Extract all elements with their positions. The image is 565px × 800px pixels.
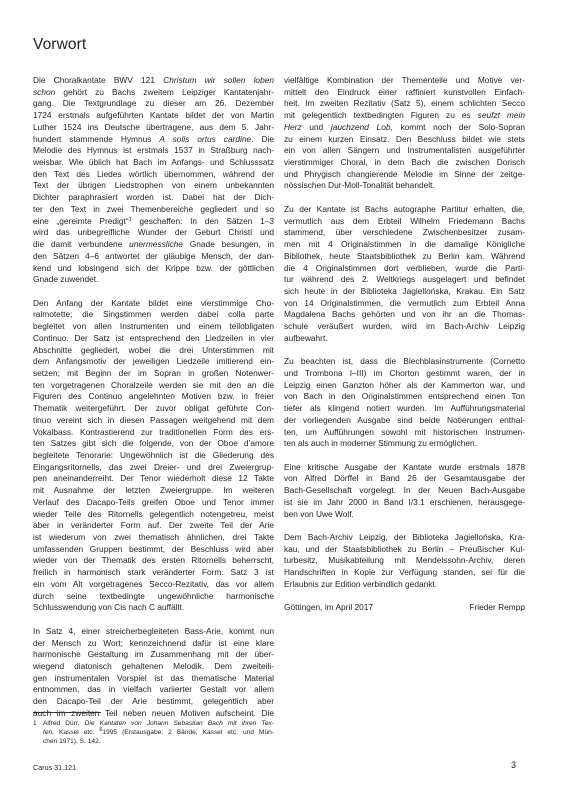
text-line: aufbewahrt. [284, 333, 525, 345]
page-number: 3 [511, 760, 516, 770]
text-line: ist wiederum von zwei thematisch ähnlich… [33, 532, 274, 544]
paragraph: In Satz 4, einer streicherbegleiteten Ba… [33, 626, 274, 720]
text-line: tiefer als klingend notiert wurden. Im A… [284, 403, 525, 415]
text-line: mit Ausnahme der letzten Zweiergruppe. I… [33, 485, 274, 497]
signature-place-date: Göttingen, im April 2017 [284, 602, 373, 614]
text-line: sich heute in der Biblioteka Jagiellońsk… [284, 286, 525, 298]
text-line: begleitet von allen Instrumenten und ein… [33, 321, 274, 333]
text-line: freilich in harmonisch stark veränderter… [33, 567, 274, 579]
text-line: Dichter paraphrasiert worden ist. Dabei … [33, 192, 274, 204]
text-line: Handschriften in Kopie zur Verfügung sta… [284, 567, 525, 579]
text-line: aber in veränderter Form auf. Der zweite… [33, 520, 274, 532]
text-line: schule veräußert wurden, wird im Bach-Ar… [284, 321, 525, 333]
text-line: heit. Im zweiten Rezitativ (Satz 5), ein… [284, 98, 525, 110]
text-line: ten, Kassel etc. 61995 (Erstausgabe: 2 B… [43, 728, 274, 737]
text-line: die 4 Originalstimmen dort verblieben, w… [284, 263, 525, 275]
text-line: mit gelegentlich textbedingten Figuren z… [284, 110, 525, 122]
footnote-marker: 1 [129, 217, 132, 223]
paragraph: Dem Bach-Archiv Leipzig, der Biblioteka … [284, 532, 525, 591]
text-line: und Trombona I–III) im Chorton gestimmt … [284, 368, 525, 380]
text-line: wieder Teile des Ritornells gelegentlich… [33, 509, 274, 521]
text-line: Text der übrigen Liedstrophen von einem … [33, 180, 274, 192]
text-line: von Bach in den Originalstimmen entsprec… [284, 391, 525, 403]
footnote-number: 1 [33, 719, 37, 728]
paragraph: Zu beachten ist, dass die Blechblasinstr… [284, 356, 525, 450]
footnote-divider [33, 712, 101, 713]
text-line: ter den Text in zwei Themenbereiche gegl… [33, 204, 274, 216]
text-line: ist sie im Jahr 2000 in Band I/3.1 ersch… [284, 497, 525, 509]
text-line: dem Anfangsmotiv der jeweiligen Liedzeil… [33, 356, 274, 368]
text-line: Magdalena Bachs gehörten und von ihr an … [284, 309, 525, 321]
text-line: ten Satzes gibt sich die folgende, von d… [33, 438, 274, 450]
text-line: kau, und der Staatsbibliothek zu Berlin … [284, 544, 525, 556]
text-line: kend und lobsingend sich der Krippe bzw.… [33, 263, 274, 275]
text-line: ten als auch in moderner Stimmung zu erm… [284, 438, 525, 450]
text-line: ten vorgetragenen Choralzeile werden sie… [33, 380, 274, 392]
text-line: begleitete Tenorarie: Ungewöhnlich ist d… [33, 450, 274, 462]
text-line: men mit 4 Originalstimmen in die damalig… [284, 239, 525, 251]
text-line: Abschnitte gegliedert, wobei die drei Un… [33, 345, 274, 357]
text-line: Melodie des Hymnus ist erstmals 1537 in … [33, 145, 274, 157]
footnote-marker: 6 [99, 727, 102, 733]
text-line: wiegend diatonisch gehaltenen Melodik. D… [33, 661, 274, 673]
text-line: umfassenden Gruppen bestimmt, der Beschl… [33, 544, 274, 556]
text-line: gen instrumentalen Vorspiel ist das them… [33, 673, 274, 685]
text-line: nössischen Dur-Moll-Tonalität behandelt. [284, 180, 525, 192]
text-line: Vokalbass. Kontrastierend zur traditione… [33, 427, 274, 439]
text-line: Erlaubnis zur Edition verbindlich gedank… [284, 579, 525, 591]
text-line: der vorliegenden Ausgabe sind beide Noti… [284, 415, 525, 427]
text-line: den Dacapo-Teil der Arie bestimmt, geleg… [33, 696, 274, 708]
text-line: setzen; mit Beginn der im Sopran in groß… [33, 368, 274, 380]
text-line: Continuo. Der Satz ist entsprechend den … [33, 333, 274, 345]
text-line: gang. Die Textgrundlage zu dieser am 26.… [33, 98, 274, 110]
text-line: Leipzig einen Ganzton höher als der Kamm… [284, 380, 525, 392]
text-line: Herz und jauchzend Lob, kommt noch der S… [284, 122, 525, 134]
text-line: Eine kritische Ausgabe der Kantate wurde… [284, 462, 525, 474]
text-line: die damit verbundene unermessliche Gnade… [33, 239, 274, 251]
text-line: Die Choralkantate BWV 121 Christum wir s… [33, 75, 274, 87]
text-line: harmonische Gestaltung im Zusammenhang m… [33, 649, 274, 661]
text-line: Gnade zuwendet. [33, 274, 274, 286]
text-line: von Alfred Dörffel in Band 26 der Gesamt… [284, 473, 525, 485]
text-line: vielfältige Kombination der Thementeile … [284, 75, 525, 87]
paragraph: Eine kritische Ausgabe der Kantate wurde… [284, 462, 525, 521]
text-line: Schlusswendung von Cis nach C auffällt. [33, 602, 274, 614]
paragraph: vielfältige Kombination der Thementeile … [284, 75, 525, 192]
text-line: Dem Bach-Archiv Leipzig, der Biblioteka … [284, 532, 525, 544]
catalog-number: Carus 31.121 [33, 763, 76, 772]
paragraph: Zu der Kantate ist Bachs autographe Part… [284, 204, 525, 345]
text-line: schon gehört zu Bachs zweitem Leipziger … [33, 87, 274, 99]
text-line: Bibliothek, heute Staatsbibliothek zu Be… [284, 251, 525, 263]
text-line: vierstimmiger Choral, in dem Bach die zw… [284, 157, 525, 169]
text-line: weisbar. Wie üblich hat Bach im Anfangs-… [33, 157, 274, 169]
text-line: Alfred Dürr, Die Kantaten von Johann Seb… [43, 719, 274, 728]
text-line: wieder von der Thematik des ersten Ritor… [33, 555, 274, 567]
text-line: Zu der Kantate ist Bachs autographe Part… [284, 204, 525, 216]
text-line: von 14 Originalstimmen, die vermutlich z… [284, 298, 525, 310]
text-line: ein vom Alt vorgetragenes Secco-Rezitati… [33, 579, 274, 591]
text-line: Figuren des Continuo angelehnten Motiven… [33, 391, 274, 403]
text-line: Eingangsritornells, das zwei Dreier- und… [33, 462, 274, 474]
text-line: der Mensch zu Wort; kennzeichnend dafür … [33, 638, 274, 650]
text-line: den Sätzen 4–6 antwortet der gläubige Me… [33, 251, 274, 263]
text-line: Bach-Gesellschaft vorgelegt. In der Neue… [284, 485, 525, 497]
text-line: ten, um Aufführungen sowohl mit historis… [284, 427, 525, 439]
page-title: Vorwort [33, 36, 86, 54]
signature-author: Frieder Rempp [469, 602, 525, 614]
text-line: ein von allen Sängern und Instrumentalis… [284, 145, 525, 157]
text-line: turbesitz, Musikabteilung mit Mendelssoh… [284, 555, 525, 567]
text-line: tinuo vereint sich in diesen Passagen we… [33, 415, 274, 427]
text-line: Verlauf des Dacapo-Teils greifen Oboe un… [33, 497, 274, 509]
text-line: wird das unbegreifliche Wunder der Gebur… [33, 227, 274, 239]
text-line: hundert stammende Hymnus A solis ortus c… [33, 134, 274, 146]
text-line: pen aneinanderreiht. Der Tenor wiederhol… [33, 473, 274, 485]
text-line: zu einem kurzen Einsatz. Den Beschluss b… [284, 134, 525, 146]
text-line: In Satz 4, einer streicherbegleiteten Ba… [33, 626, 274, 638]
text-line: vermutlich aus dem Erbteil Wilhelm Fried… [284, 216, 525, 228]
left-column: Die Choralkantate BWV 121 Christum wir s… [33, 75, 274, 720]
paragraph: Die Choralkantate BWV 121 Christum wir s… [33, 75, 274, 286]
footnote: 1 Alfred Dürr, Die Kantaten von Johann S… [33, 719, 274, 746]
paragraph: Den Anfang der Kantate bildet eine viers… [33, 298, 274, 614]
signature: Göttingen, im April 2017 Frieder Rempp [284, 602, 525, 614]
text-line: auch im zweiten Teil neben neuen Motiven… [33, 708, 274, 720]
text-line: und Phrygisch changierende Melodie im Si… [284, 169, 525, 181]
text-line: Zu beachten ist, dass die Blechblasinstr… [284, 356, 525, 368]
text-line: tur während des 2. Weltkriegs ausgelager… [284, 274, 525, 286]
text-line: ralmotette; die Singstimmen werden dabei… [33, 309, 274, 321]
text-line: eine „gereimte Predigt“1 geschaffen: In … [33, 216, 274, 228]
text-line: durch seine textbedingte ungewöhnliche h… [33, 591, 274, 603]
right-column: vielfältige Kombination der Thementeile … [284, 75, 525, 614]
text-line: ben von Uwe Wolf. [284, 509, 525, 521]
text-line: mittelt den Eindruck einer raffiniert ku… [284, 87, 525, 99]
text-line: Thematik weitergeführt. Der zuvor obliga… [33, 403, 274, 415]
text-line: stammend, über verschiedene Zwischenbesi… [284, 227, 525, 239]
footnote-text: Alfred Dürr, Die Kantaten von Johann Seb… [43, 719, 274, 746]
text-line: 1724 erstmals aufgeführten Kantate bilde… [33, 110, 274, 122]
text-line: Den Anfang der Kantate bildet eine viers… [33, 298, 274, 310]
text-line: den Text des Liedes wörtlich übernommen,… [33, 169, 274, 181]
text-line: entnommen, das in vielfach variierter Ge… [33, 684, 274, 696]
text-line: chen 1971), S. 142. [43, 737, 274, 746]
text-line: Luther 1524 ins Deutsche übertragene, au… [33, 122, 274, 134]
